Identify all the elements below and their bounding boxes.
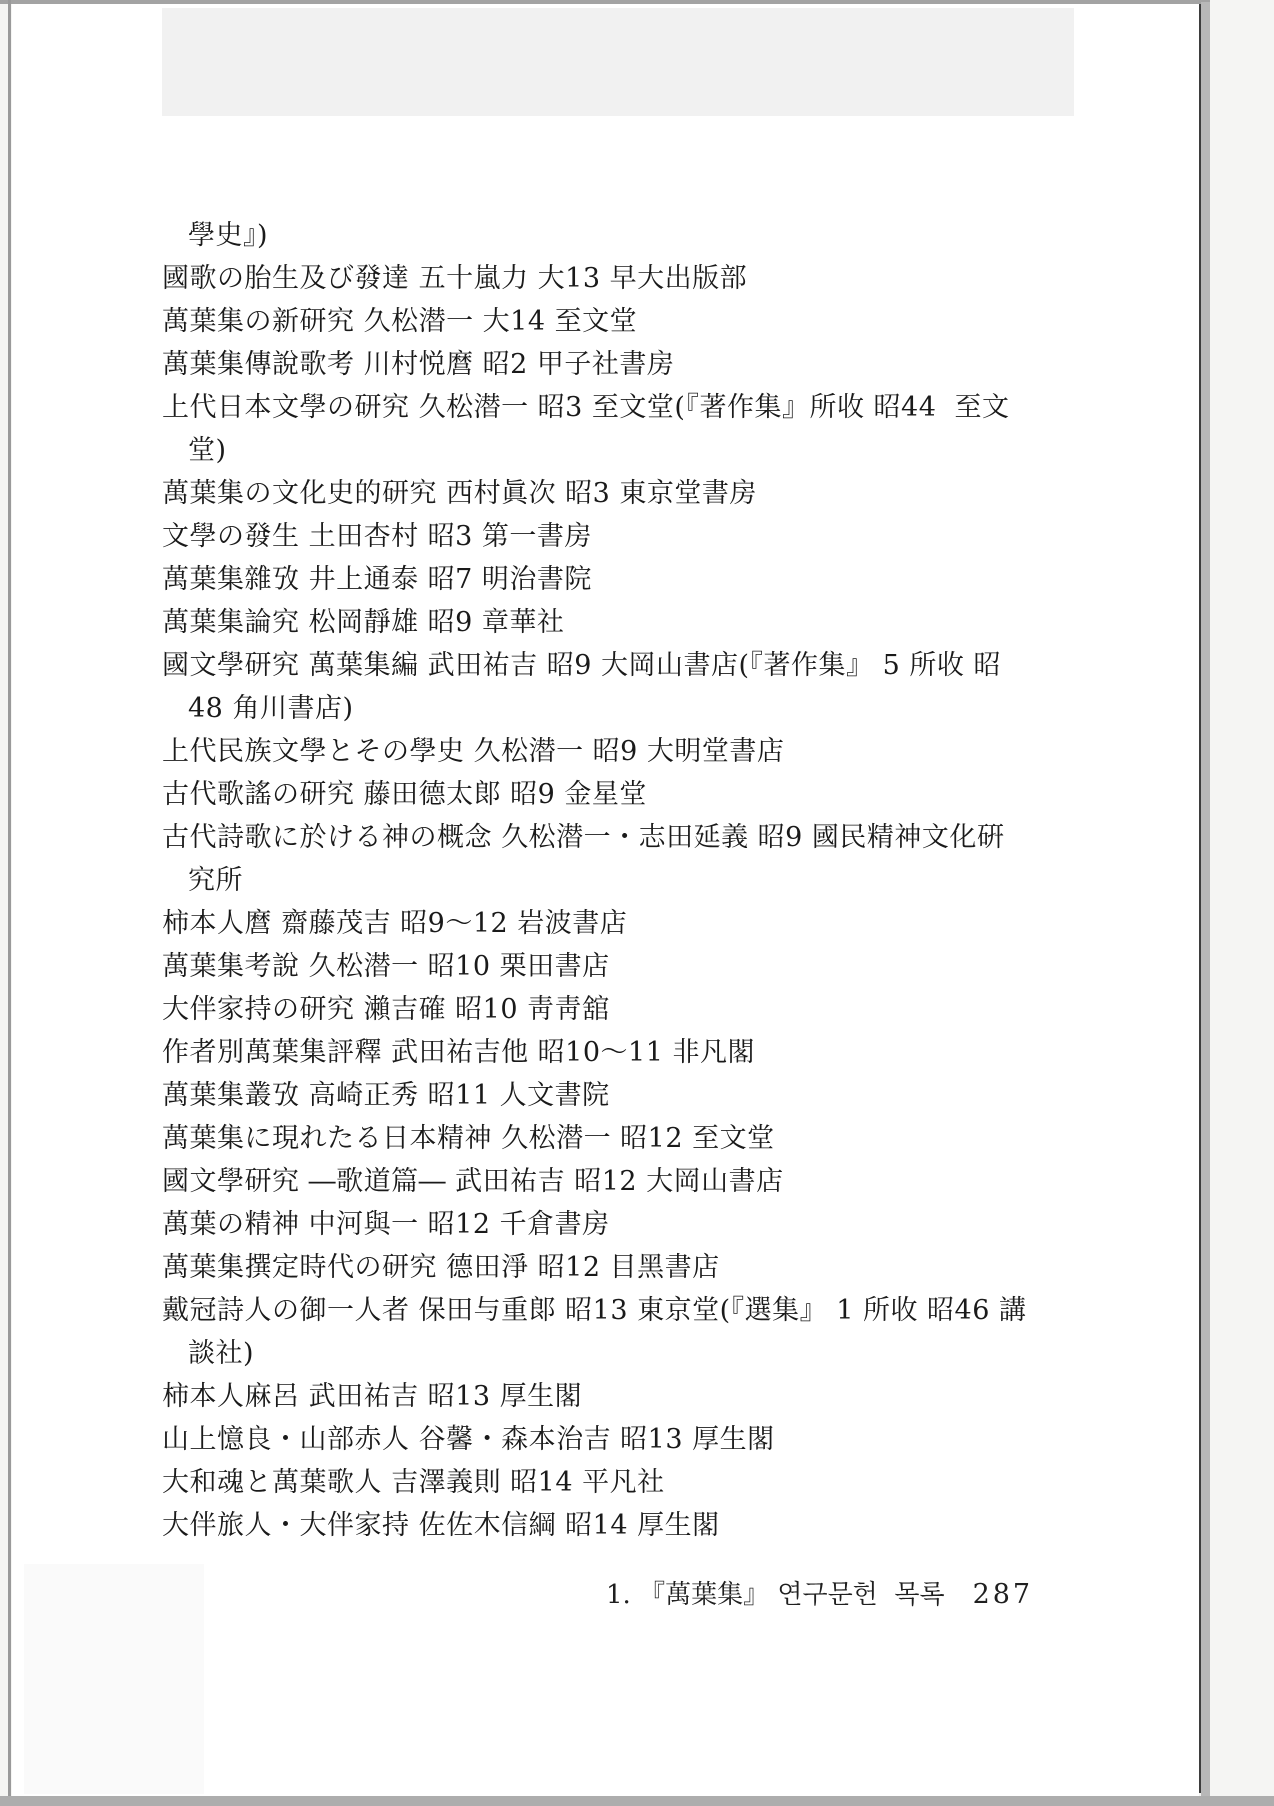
page-right-edge-line — [1199, 4, 1201, 1793]
footer-section-title: 1. 『萬葉集』 연구문헌 목록 — [606, 1580, 945, 1610]
bib-entry-line: 萬葉集考說 久松潜一 昭10 栗田書店 — [162, 945, 1142, 988]
bib-entry-line: 萬葉集論究 松岡靜雄 昭9 章華社 — [162, 601, 1142, 644]
bib-entry-line: 古代詩歌に於ける神の概念 久松潜一・志田延義 昭9 國民精神文化硏 — [162, 816, 1142, 859]
scan-bottom-border — [0, 1796, 1274, 1806]
bib-entry-line: 48 角川書店) — [162, 687, 1142, 730]
bib-entry-line: 萬葉集に現れたる日本精神 久松潜一 昭12 至文堂 — [162, 1117, 1142, 1160]
bib-entry-line: 山上憶良・山部赤人 谷馨・森本治吉 昭13 厚生閣 — [162, 1418, 1142, 1461]
bib-entry-line: 上代民族文學とその學史 久松潜一 昭9 大明堂書店 — [162, 730, 1142, 773]
bib-entry-line: 戴冠詩人の御一人者 保田与重郞 昭13 東京堂(『選集』 1 所收 昭46 講 — [162, 1289, 1142, 1332]
scan-left-border — [8, 0, 11, 1806]
bib-entry-line: 萬葉集の新研究 久松潜一 大14 至文堂 — [162, 300, 1142, 343]
bibliography-list: 學史』)國歌の胎生及び發達 五十嵐力 大13 早大出版部萬葉集の新研究 久松潜一… — [162, 214, 1142, 1547]
bib-entry-line: 萬葉集撰定時代の研究 德田淨 昭12 目黑書店 — [162, 1246, 1142, 1289]
bib-entry-line: 學史』) — [162, 214, 1142, 257]
bib-entry-line: 談社) — [162, 1332, 1142, 1375]
bib-entry-line: 古代歌謠の研究 藤田德太郞 昭9 金星堂 — [162, 773, 1142, 816]
bib-entry-line: 堂) — [162, 429, 1142, 472]
bib-entry-line: 作者別萬葉集評釋 武田祐吉他 昭10〜11 非凡閣 — [162, 1031, 1142, 1074]
bib-entry-line: 大伴旅人・大伴家持 佐佐木信綱 昭14 厚生閣 — [162, 1504, 1142, 1547]
bib-entry-line: 萬葉集叢攷 高崎正秀 昭11 人文書院 — [162, 1074, 1142, 1117]
bib-entry-line: 國歌の胎生及び發達 五十嵐力 大13 早大出版部 — [162, 257, 1142, 300]
bib-entry-line: 柿本人麿 齋藤茂吉 昭9〜12 岩波書店 — [162, 902, 1142, 945]
bib-entry-line: 大伴家持の研究 瀨吉確 昭10 靑靑舘 — [162, 988, 1142, 1031]
page-footer: 1. 『萬葉集』 연구문헌 목록287 — [606, 1574, 1033, 1611]
bib-entry-line: 萬葉集傳說歌考 川村悦麿 昭2 甲子社書房 — [162, 343, 1142, 386]
bib-entry-line: 文學の發生 土田杏村 昭3 第一書房 — [162, 515, 1142, 558]
bib-entry-line: 萬葉集雜攷 井上通泰 昭7 明治書院 — [162, 558, 1142, 601]
bib-entry-line: 國文學研究 ―歌道篇― 武田祐吉 昭12 大岡山書店 — [162, 1160, 1142, 1203]
page-right-edge — [1201, 2, 1210, 1797]
bib-entry-line: 大和魂と萬葉歌人 吉澤義則 昭14 平凡社 — [162, 1461, 1142, 1504]
bib-entry-line: 國文學研究 萬葉集編 武田祐吉 昭9 大岡山書店(『著作集』 5 所收 昭 — [162, 644, 1142, 687]
scan-top-border — [0, 0, 1210, 4]
bib-entry-line: 萬葉の精神 中河與一 昭12 千倉書房 — [162, 1203, 1142, 1246]
bib-entry-line: 上代日本文學の研究 久松潜一 昭3 至文堂(『著作集』所收 昭44 至文 — [162, 386, 1142, 429]
bib-entry-line: 萬葉集の文化史的研究 西村眞次 昭3 東京堂書房 — [162, 472, 1142, 515]
scan-shading-artifact — [24, 1564, 204, 1794]
bib-entry-line: 究所 — [162, 859, 1142, 902]
bib-entry-line: 柿本人麻呂 武田祐吉 昭13 厚生閣 — [162, 1375, 1142, 1418]
scan-shading-artifact — [162, 8, 1074, 116]
page-number: 287 — [973, 1579, 1034, 1610]
